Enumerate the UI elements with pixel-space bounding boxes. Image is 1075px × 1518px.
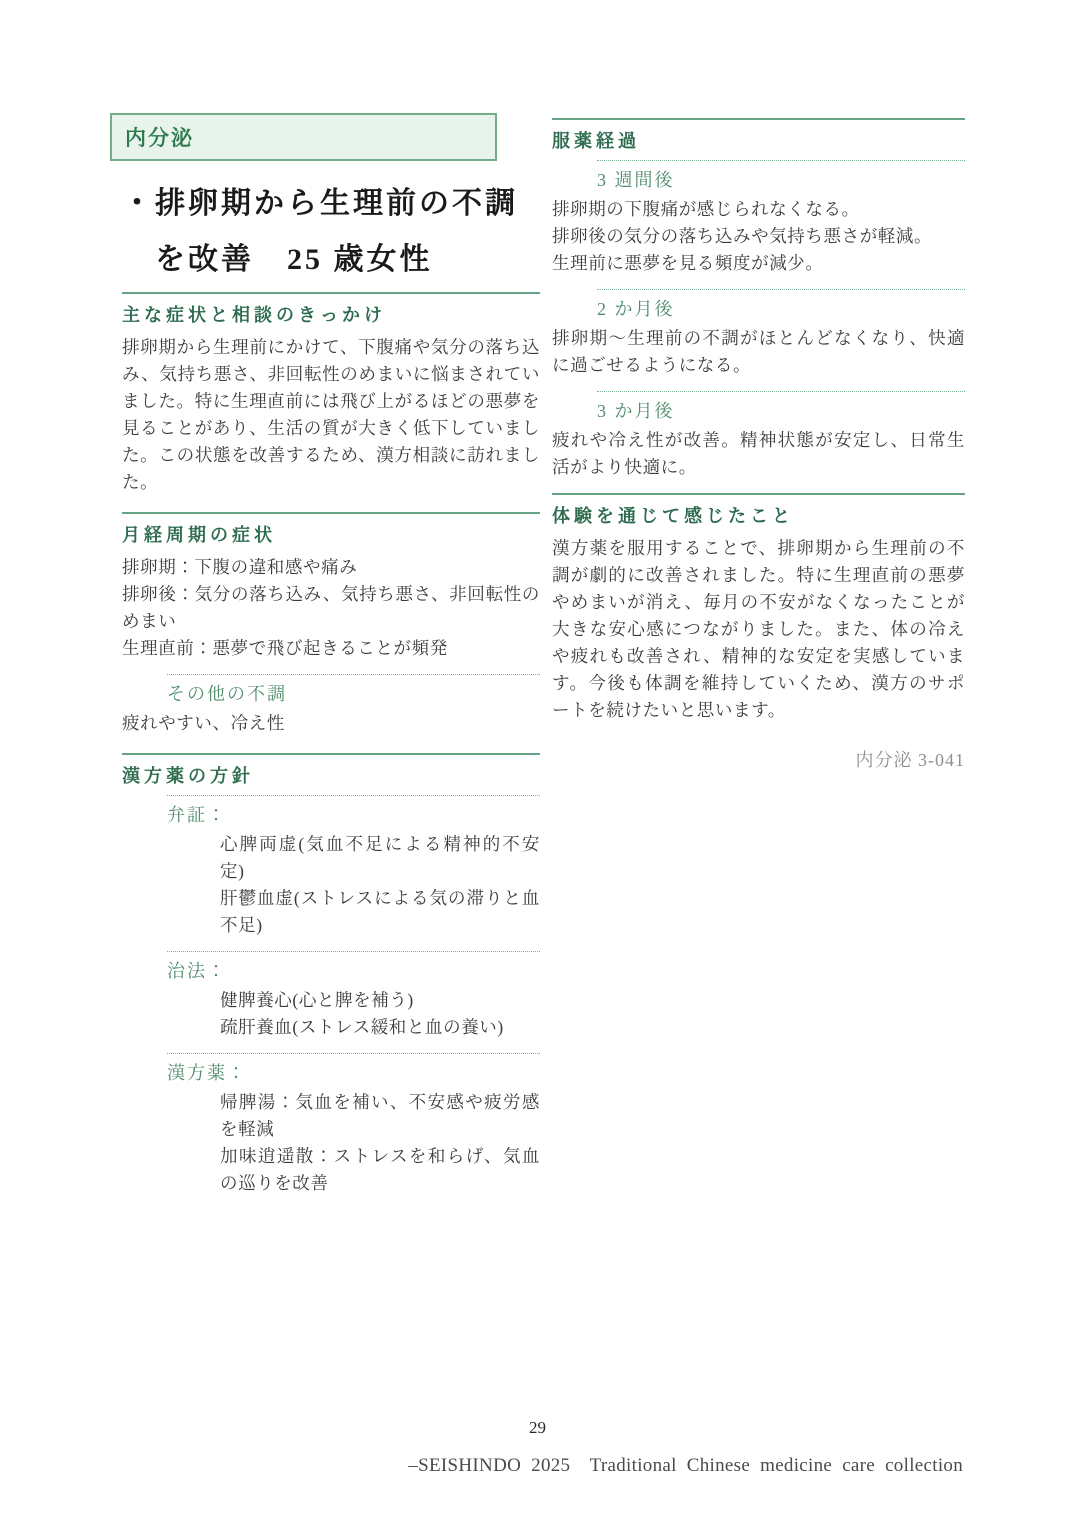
dotted-divider <box>597 391 965 392</box>
progress-line: 排卵期の下腹痛が感じられなくなる。 <box>552 196 965 223</box>
case-title: ・排卵期から生理前の不調 を改善 25 歳女性 <box>122 176 562 288</box>
kampo-item: 加味逍遥散：ストレスを和らげ、気血の巡りを改善 <box>220 1143 540 1197</box>
progress-line: 排卵期～生理前の不調がほとんどなくなり、快適に過ごせるようになる。 <box>552 325 965 379</box>
right-column: 服薬経過 3 週間後 排卵期の下腹痛が感じられなくなる。 排卵後の気分の落ち込み… <box>552 118 965 772</box>
bensho-item: 心脾両虚(気血不足による精神的不安定) <box>220 831 540 885</box>
section-heading: 月経周期の症状 <box>122 521 540 547</box>
document-page: 内分泌 ・排卵期から生理前の不調 を改善 25 歳女性 主な症状と相談のきっかけ… <box>0 0 1075 1518</box>
page-number: 29 <box>0 1418 1075 1438</box>
category-label: 内分泌 <box>125 122 194 152</box>
dotted-divider <box>597 160 965 161</box>
progress-line: 疲れや冷え性が改善。精神状態が安定し、日常生活がより快適に。 <box>552 427 965 481</box>
section-heading: 体験を通じて感じたこと <box>552 502 965 528</box>
other-troubles-heading: その他の不調 <box>167 680 540 706</box>
bensho-label: 弁証： <box>167 801 540 827</box>
reference-code: 内分泌 3-041 <box>552 746 965 772</box>
progress-period: 2 か月後 <box>597 295 965 321</box>
bensho-item: 肝鬱血虚(ストレスによる気の滞りと血不足) <box>220 885 540 939</box>
progress-line: 排卵後の気分の落ち込みや気持ち悪さが軽減。 <box>552 223 965 250</box>
left-column: 主な症状と相談のきっかけ 排卵期から生理前にかけて、下腹痛や気分の落ち込み、気持… <box>122 292 540 1197</box>
progress-period: 3 か月後 <box>597 397 965 423</box>
section-medication-progress: 服薬経過 3 週間後 排卵期の下腹痛が感じられなくなる。 排卵後の気分の落ち込み… <box>552 118 965 481</box>
category-box: 内分泌 <box>110 113 497 161</box>
progress-line: 生理前に悪夢を見る頻度が減少。 <box>552 250 965 277</box>
dotted-divider <box>167 1053 540 1054</box>
main-symptoms-body: 排卵期から生理前にかけて、下腹痛や気分の落ち込み、気持ち悪さ、非回転性のめまいに… <box>122 334 540 496</box>
section-heading: 漢方薬の方針 <box>122 762 540 788</box>
chiho-item: 健脾養心(心と脾を補う) <box>220 987 540 1014</box>
section-main-symptoms: 主な症状と相談のきっかけ 排卵期から生理前にかけて、下腹痛や気分の落ち込み、気持… <box>122 292 540 496</box>
progress-period: 3 週間後 <box>597 166 965 192</box>
dotted-divider <box>167 951 540 952</box>
other-troubles-body: 疲れやすい、冷え性 <box>122 710 540 737</box>
section-heading: 服薬経過 <box>552 127 965 153</box>
dotted-divider <box>597 289 965 290</box>
chiho-item: 疏肝養血(ストレス緩和と血の養い) <box>220 1014 540 1041</box>
kampo-item: 帰脾湯：気血を補い、不安感や疲労感を軽減 <box>220 1089 540 1143</box>
case-title-line1: ・排卵期から生理前の不調 <box>122 176 562 232</box>
cycle-item: 排卵後：気分の落ち込み、気持ち悪さ、非回転性のめまい <box>122 581 540 635</box>
dotted-divider <box>167 795 540 796</box>
section-heading: 主な症状と相談のきっかけ <box>122 301 540 327</box>
cycle-item: 生理直前：悪夢で飛び起きることが頻発 <box>122 635 540 662</box>
reflection-body: 漢方薬を服用することで、排卵期から生理前の不調が劇的に改善されました。特に生理直… <box>552 535 965 724</box>
chiho-label: 治法： <box>167 957 540 983</box>
kampo-label: 漢方薬： <box>167 1059 540 1085</box>
section-kampo-policy: 漢方薬の方針 弁証： 心脾両虚(気血不足による精神的不安定) 肝鬱血虚(ストレス… <box>122 753 540 1197</box>
section-cycle-symptoms: 月経周期の症状 排卵期：下腹の違和感や痛み 排卵後：気分の落ち込み、気持ち悪さ、… <box>122 512 540 737</box>
cycle-item: 排卵期：下腹の違和感や痛み <box>122 554 540 581</box>
section-reflection: 体験を通じて感じたこと 漢方薬を服用することで、排卵期から生理前の不調が劇的に改… <box>552 493 965 724</box>
case-title-line2: を改善 25 歳女性 <box>155 232 562 288</box>
footer-credit: –SEISHINDO 2025 Traditional Chinese medi… <box>408 1450 963 1477</box>
dotted-divider <box>167 674 540 675</box>
